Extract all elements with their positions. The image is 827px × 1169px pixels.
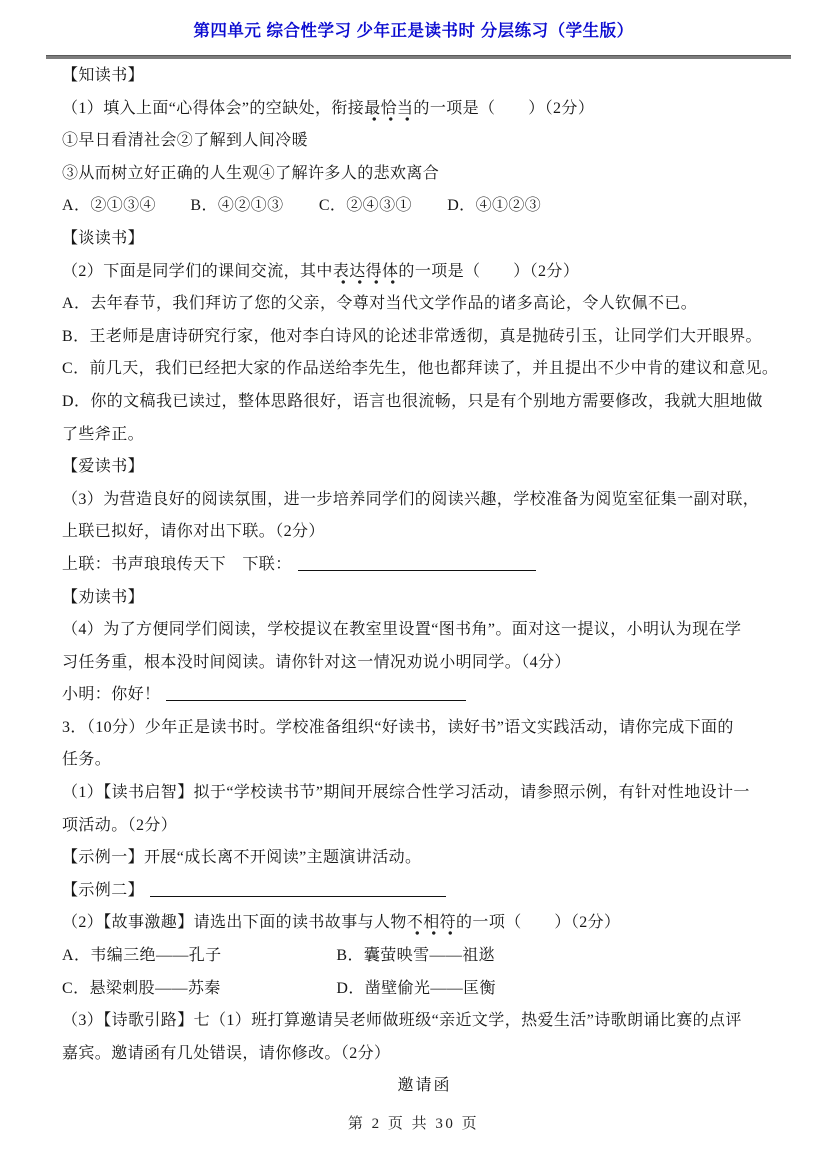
task-3-q1-line1: （1）【读书启智】拟于“学校读书节”期间开展综合性学习活动，请参照示例，有针对性… [62,777,787,810]
question-1-emphasis: 最恰当 [364,100,413,121]
question-2-option-d-line2: 了些斧正。 [62,419,787,452]
document-body: 【知读书】 （1）填入上面“心得体会”的空缺处，衔接最恰当的一项是（ ）（2分）… [0,59,827,1103]
task-3-q2-post: 的一项（ ）（2分） [456,914,620,931]
couplet-text: 上联：书声琅琅传天下 下联： [62,556,292,573]
question-4-reply-line: 小明：你好！ [62,679,787,712]
question-1-post: 的一项是（ ）（2分） [413,100,594,117]
question-1-options: A．②①③④ B．④②①③ C．②④③① D．④①②③ [62,190,787,223]
question-2-post: 的一项是（ ）（2分） [398,263,579,280]
section-header-love: 【爱读书】 [62,451,787,484]
question-4-line2: 习任务重，根本没时间阅读。请你针对这一情况劝说小明同学。（4分） [62,647,787,680]
question-1-items-1: ①早日看清社会②了解到人间冷暖 [62,125,787,158]
question-3-couplet-line: 上联：书声琅琅传天下 下联： [62,549,787,582]
question-3-line1: （3）为营造良好的阅读氛围，进一步培养同学们的阅读兴趣，学校准备为阅览室征集一副… [62,484,787,517]
answer-blank-example [150,879,446,897]
question-2-option-c: C．前几天，我们已经把大家的作品送给李先生，他也都拜读了，并且提出不少中肯的建议… [62,353,787,386]
question-1: （1）填入上面“心得体会”的空缺处，衔接最恰当的一项是（ ）（2分） [62,93,787,126]
task-3-q3-line1: （3）【诗歌引路】七（1）班打算邀请吴老师做班级“亲近文学，热爱生活”诗歌朗诵比… [62,1005,787,1038]
task-3-q2-emphasis: 不相符 [407,914,456,935]
question-4-line1: （4）为了方便同学们阅读，学校提议在教室里设置“图书角”。面对这一提议，小明认为… [62,614,787,647]
story-option-b: B．囊萤映雪——祖逖 [336,940,495,973]
question-2-option-b: B．王老师是唐诗研究行家，他对李白诗风的论述非常透彻，真是抛砖引玉，让同学们大开… [62,321,787,354]
section-header-talk: 【谈读书】 [62,223,787,256]
task-3-q2-options-row1: A．韦编三绝——孔子 B．囊萤映雪——祖逖 [62,940,787,973]
question-1-items-2: ③从而树立好正确的人生观④了解许多人的悲欢离合 [62,158,787,191]
answer-blank-couplet [298,553,536,571]
task-3-q1-line2: 项活动。（2分） [62,810,787,843]
question-2-pre: （2）下面是同学们的课间交流，其中 [62,263,333,280]
example-2-line: 【示例二】 [62,875,787,908]
task-3-q3-line2: 嘉宾。邀请函有几处错误，请你修改。（2分） [62,1038,787,1071]
question-3-line2: 上联已拟好，请你对出下联。（2分） [62,516,787,549]
story-option-c: C．悬梁刺股——苏秦 [62,973,332,1006]
task-3-q2-options-row2: C．悬梁刺股——苏秦 D．凿壁偷光——匡衡 [62,973,787,1006]
story-option-d: D．凿壁偷光——匡衡 [336,973,496,1006]
question-1-pre: （1）填入上面“心得体会”的空缺处，衔接 [62,100,364,117]
invitation-title: 邀请函 [62,1070,787,1103]
story-option-a: A．韦编三绝——孔子 [62,940,332,973]
section-header-know: 【知读书】 [62,60,787,93]
document-page: 第四单元 综合性学习 少年正是读书时 分层练习（学生版） 【知读书】 （1）填入… [0,0,827,1169]
example-1: 【示例一】开展“成长离不开阅读”主题演讲活动。 [62,842,787,875]
answer-blank-reply [166,683,466,701]
option-b: B．④②①③ [190,190,314,223]
reply-text: 小明：你好！ [62,686,160,703]
task-3-line1: 3．（10分）少年正是读书时。学校准备组织“好读书，读好书”语文实践活动，请你完… [62,712,787,745]
task-3-q2-pre: （2）【故事激趣】请选出下面的读书故事与人物 [62,914,407,931]
task-3-q2: （2）【故事激趣】请选出下面的读书故事与人物不相符的一项（ ）（2分） [62,907,787,940]
question-2-option-d-line1: D．你的文稿我已读过，整体思路很好，语言也很流畅，只是有个别地方需要修改，我就大… [62,386,787,419]
option-a: A．②①③④ [62,190,186,223]
section-header-urge: 【劝读书】 [62,582,787,615]
example-2-label: 【示例二】 [62,882,144,899]
question-2: （2）下面是同学们的课间交流，其中表达得体的一项是（ ）（2分） [62,256,787,289]
question-2-option-a: A．去年春节，我们拜访了您的父亲，令尊对当代文学作品的诸多高论，令人钦佩不已。 [62,288,787,321]
page-number-footer: 第 2 页 共 30 页 [0,1112,827,1133]
option-d: D．④①②③ [447,190,541,223]
option-c: C．②④③① [319,190,443,223]
page-title: 第四单元 综合性学习 少年正是读书时 分层练习（学生版） [0,0,827,41]
question-2-emphasis: 表达得体 [333,263,399,284]
task-3-line2: 任务。 [62,744,787,777]
